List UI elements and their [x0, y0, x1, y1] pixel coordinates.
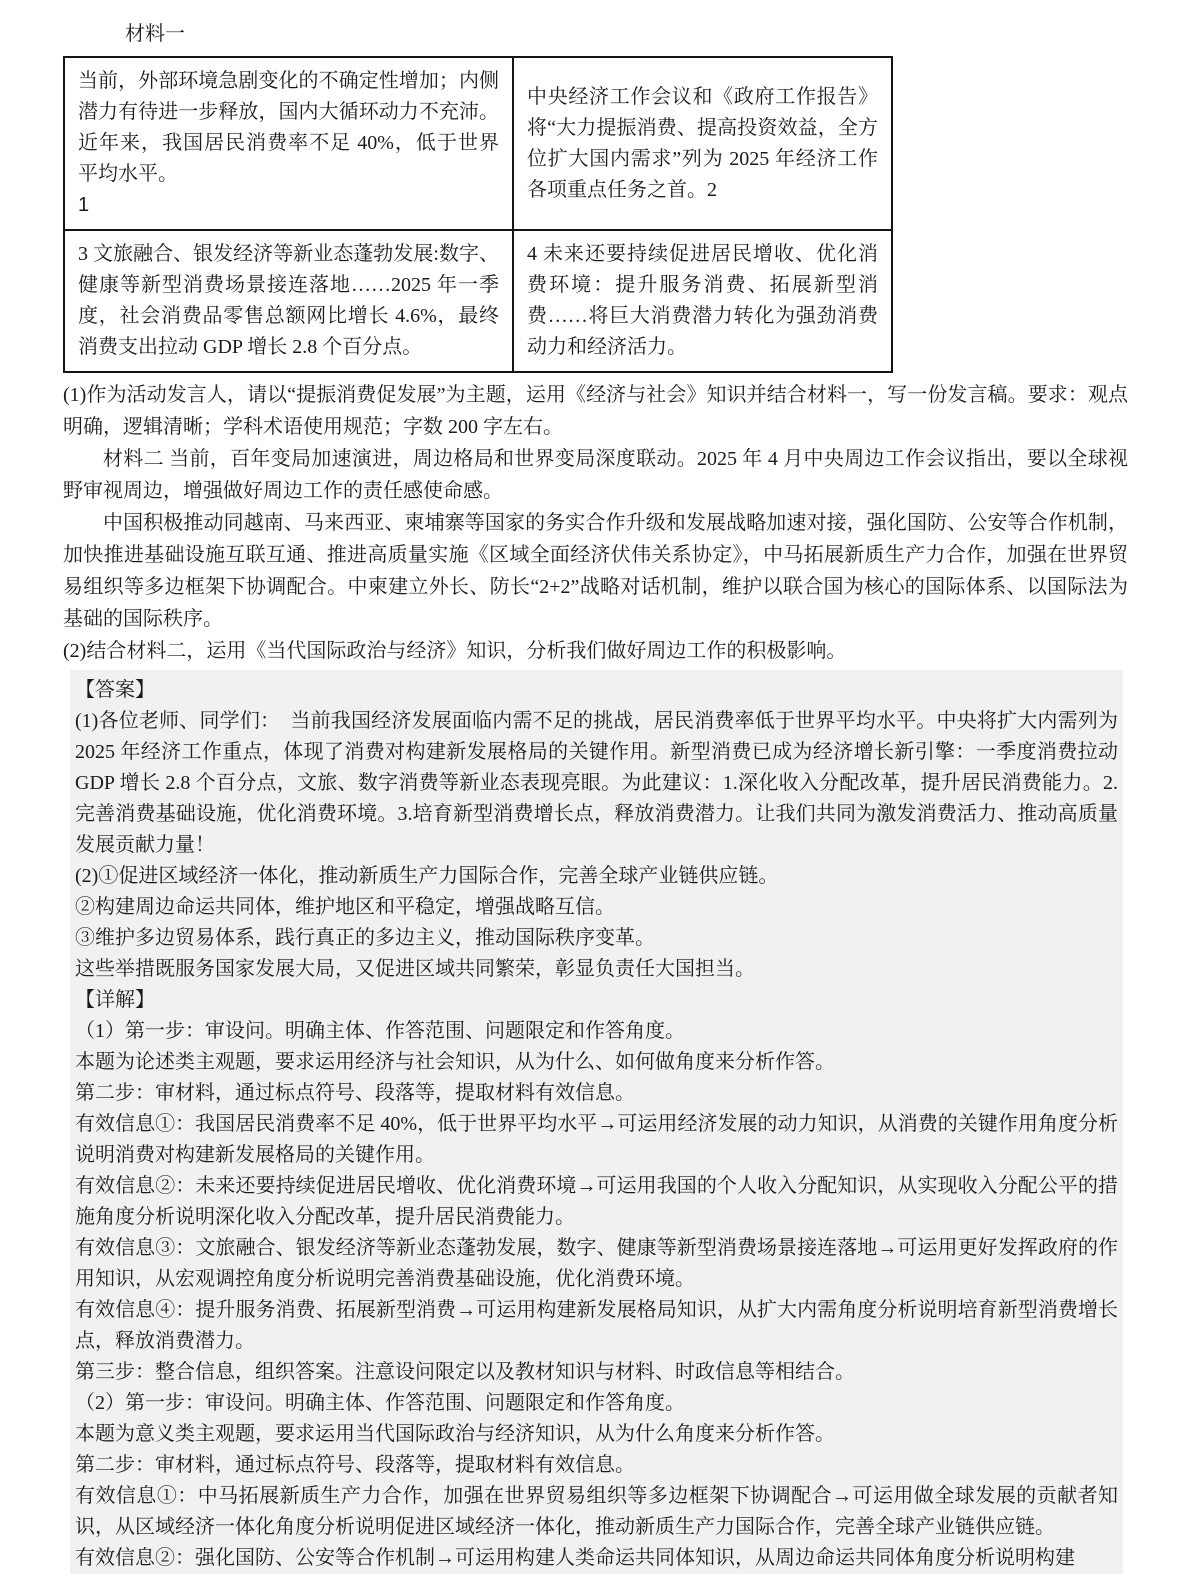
explain-paragraph-9: （2）第一步：审设问。明确主体、作答范围、问题限定和作答角度。: [75, 1388, 1118, 1419]
material1-table: 当前，外部环境急剧变化的不确定性增加；内侧潜力有待进一步释放，国内大循环动力不充…: [63, 56, 893, 373]
explain-paragraph-4: 有效信息①：我国居民消费率不足 40%，低于世界平均水平→可运用经济发展的动力知…: [75, 1109, 1118, 1171]
question-1: (1)作为活动发言人，请以“提振消费促发展”为主题，运用《经济与社会》知识并结合…: [63, 379, 1128, 443]
answer-block: 【答案】 (1)各位老师、同学们： 当前我国经济发展面临内需不足的挑战，居民消费…: [70, 670, 1123, 1574]
answer-paragraph-3: ②构建周边命运共同体，维护地区和平稳定，增强战略互信。: [75, 892, 1118, 923]
material1-table-cell-1: 当前，外部环境急剧变化的不确定性增加；内侧潜力有待进一步释放，国内大循环动力不充…: [64, 57, 513, 230]
explain-paragraph-7: 有效信息④：提升服务消费、拓展新型消费→可运用构建新发展格局知识，从扩大内需角度…: [75, 1295, 1118, 1357]
question-2: (2)结合材料二，运用《当代国际政治与经济》知识，分析我们做好周边工作的积极影响…: [63, 635, 1128, 667]
material1-table-row-2: 3 文旅融合、银发经济等新业态蓬勃发展:数字、健康等新型消费场景接连落地……20…: [64, 230, 892, 372]
answer-paragraph-2: (2)①促进区域经济一体化，推动新质生产力国际合作，完善全球产业链供应链。: [75, 861, 1118, 892]
explain-paragraph-1: （1）第一步：审设问。明确主体、作答范围、问题限定和作答角度。: [75, 1016, 1118, 1047]
explain-paragraph-8: 第三步：整合信息，组织答案。注意设问限定以及教材知识与材料、时政信息等相结合。: [75, 1357, 1118, 1388]
answer-paragraph-5: 这些举措既服务国家发展大局，又促进区域共同繁荣，彰显负责任大国担当。: [75, 954, 1118, 985]
material1-table-cell-3: 3 文旅融合、银发经济等新业态蓬勃发展:数字、健康等新型消费场景接连落地……20…: [64, 230, 513, 372]
explain-paragraph-10: 本题为意义类主观题，要求运用当代国际政治与经济知识，从为什么角度来分析作答。: [75, 1419, 1118, 1450]
material2-paragraph-1: 材料二 当前，百年变局加速演进，周边格局和世界变局深度联动。2025 年 4 月…: [63, 443, 1128, 507]
explain-paragraph-13: 有效信息②：强化国防、公安等合作机制→可运用构建人类命运共同体知识，从周边命运共…: [75, 1543, 1118, 1574]
cell1-text: 当前，外部环境急剧变化的不确定性增加；内侧潜力有待进一步释放，国内大循环动力不充…: [78, 66, 499, 190]
explain-paragraph-12: 有效信息①：中马拓展新质生产力合作，加强在世界贸易组织等多边框架下协调配合→可运…: [75, 1481, 1118, 1543]
document-page: 材料一 当前，外部环境急剧变化的不确定性增加；内侧潜力有待进一步释放，国内大循环…: [0, 0, 1190, 1574]
answer-paragraph-1: (1)各位老师、同学们： 当前我国经济发展面临内需不足的挑战，居民消费率低于世界…: [75, 706, 1118, 861]
explain-paragraph-3: 第二步：审材料，通过标点符号、段落等，提取材料有效信息。: [75, 1078, 1118, 1109]
material1-table-cell-4: 4 未来还要持续促进居民增收、优化消费环境：提升服务消费、拓展新型消费……将巨大…: [513, 230, 892, 372]
explain-paragraph-6: 有效信息③：文旅融合、银发经济等新业态蓬勃发展，数字、健康等新型消费场景接连落地…: [75, 1233, 1118, 1295]
material1-heading: 材料一: [125, 20, 1128, 48]
material1-table-cell-2: 中央经济工作会议和《政府工作报告》将“大力提振消费、提高投资效益，全方位扩大国内…: [513, 57, 892, 230]
explain-paragraph-2: 本题为论述类主观题，要求运用经济与社会知识，从为什么、如何做角度来分析作答。: [75, 1047, 1118, 1078]
answer-paragraph-4: ③维护多边贸易体系，践行真正的多边主义，推动国际秩序变革。: [75, 923, 1118, 954]
explain-paragraph-11: 第二步：审材料，通过标点符号、段落等，提取材料有效信息。: [75, 1450, 1118, 1481]
answer-label: 【答案】: [75, 675, 1118, 706]
material1-table-row-1: 当前，外部环境急剧变化的不确定性增加；内侧潜力有待进一步释放，国内大循环动力不充…: [64, 57, 892, 230]
explain-label: 【详解】: [75, 985, 1118, 1016]
material2-paragraph-2: 中国积极推动同越南、马来西亚、柬埔寨等国家的务实合作升级和发展战略加速对接，强化…: [63, 507, 1128, 635]
document-content: 材料一 当前，外部环境急剧变化的不确定性增加；内侧潜力有待进一步释放，国内大循环…: [0, 0, 1190, 1574]
cell1-footnote-mark: 1: [78, 190, 499, 221]
explain-paragraph-5: 有效信息②：未来还要持续促进居民增收、优化消费环境→可运用我国的个人收入分配知识…: [75, 1171, 1118, 1233]
